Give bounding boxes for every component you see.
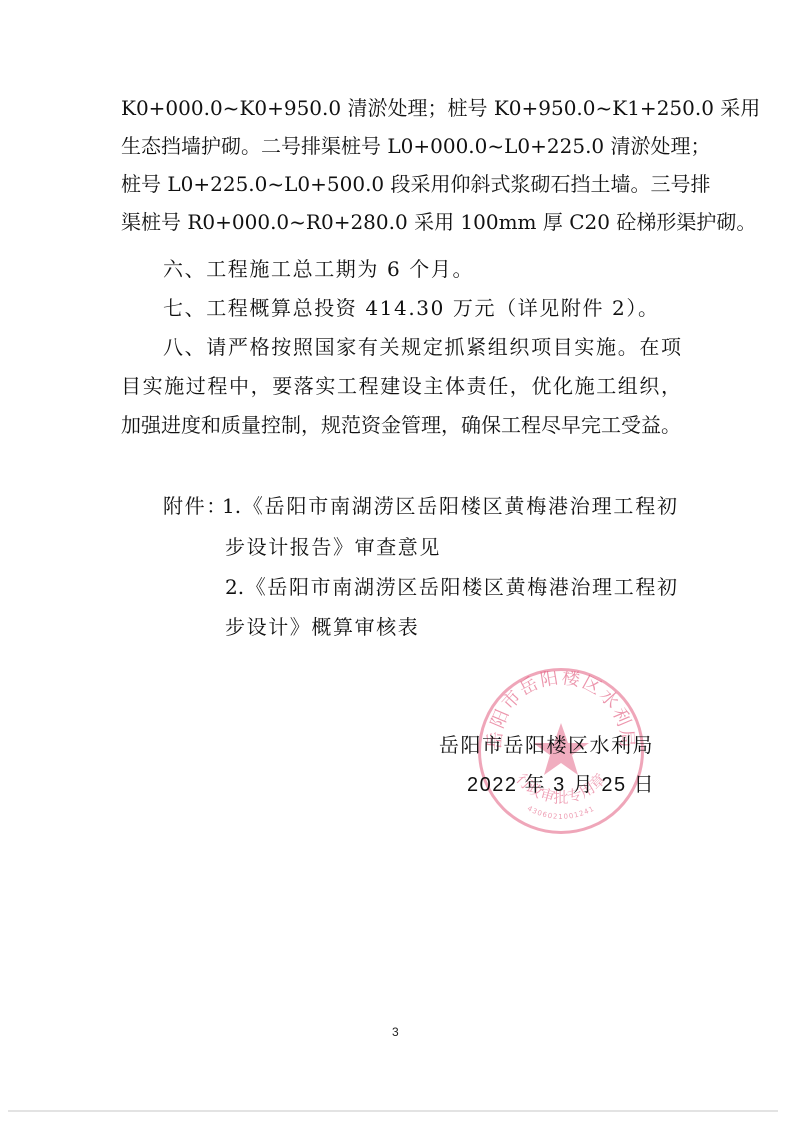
attachment-1-title: 1.《岳阳市南湖涝区岳阳楼区黄梅港治理工程初 [222, 494, 677, 518]
paragraph-line: K0+000.0~K0+950.0 清淤处理；桩号 K0+950.0~K1+25… [121, 96, 681, 120]
seal-serial: 4306021001241 [526, 805, 596, 821]
item-6-schedule: 六、工程施工总工期为 6 个月。 [163, 257, 474, 281]
item-8-line: 加强进度和质量控制，规范资金管理，确保工程尽早完工受益。 [121, 413, 681, 437]
paragraph-line: 渠桩号 R0+000.0~R0+280.0 采用 100mm 厚 C20 砼梯形… [121, 210, 681, 234]
attachments-label: 附件： [163, 494, 228, 518]
attachment-2-title: 2.《岳阳市南湖涝区岳阳楼区黄梅港治理工程初 [225, 575, 677, 599]
attachment-2-line2: 步设计》概算审核表 [225, 615, 419, 639]
page-bottom-rule [8, 1110, 778, 1112]
item-8-line: 八、请严格按照国家有关规定抓紧组织项目实施。在项 [163, 335, 681, 359]
issue-date: 2022 年 3 月 25 日 [467, 773, 655, 797]
item-7-investment: 七、工程概算总投资 414.30 万元（详见附件 2）。 [163, 296, 660, 320]
attachment-2-line1: 2.《岳阳市南湖涝区岳阳楼区黄梅港治理工程初 [225, 575, 677, 599]
item-8-line: 目实施过程中，要落实工程建设主体责任，优化施工组织， [121, 374, 681, 398]
svg-text:4306021001241: 4306021001241 [526, 805, 596, 821]
item-8-text: 八、请严格按照国家有关规定抓紧组织项目实施。在项 [163, 335, 681, 359]
document-page: K0+000.0~K0+950.0 清淤处理；桩号 K0+950.0~K1+25… [0, 0, 793, 1122]
page-number: 3 [392, 1025, 399, 1039]
attachment-1-line1: 1.《岳阳市南湖涝区岳阳楼区黄梅港治理工程初 [222, 494, 677, 518]
attachment-1-line2: 步设计报告》审查意见 [225, 535, 441, 559]
paragraph-line: 桩号 L0+225.0~L0+500.0 段采用仰斜式浆砌石挡土墙。三号排 [121, 172, 681, 196]
issuing-organization: 岳阳市岳阳楼区水利局 [439, 733, 654, 757]
paragraph-line: 生态挡墙护砌。二号排渠桩号 L0+000.0~L0+225.0 清淤处理； [121, 134, 681, 158]
